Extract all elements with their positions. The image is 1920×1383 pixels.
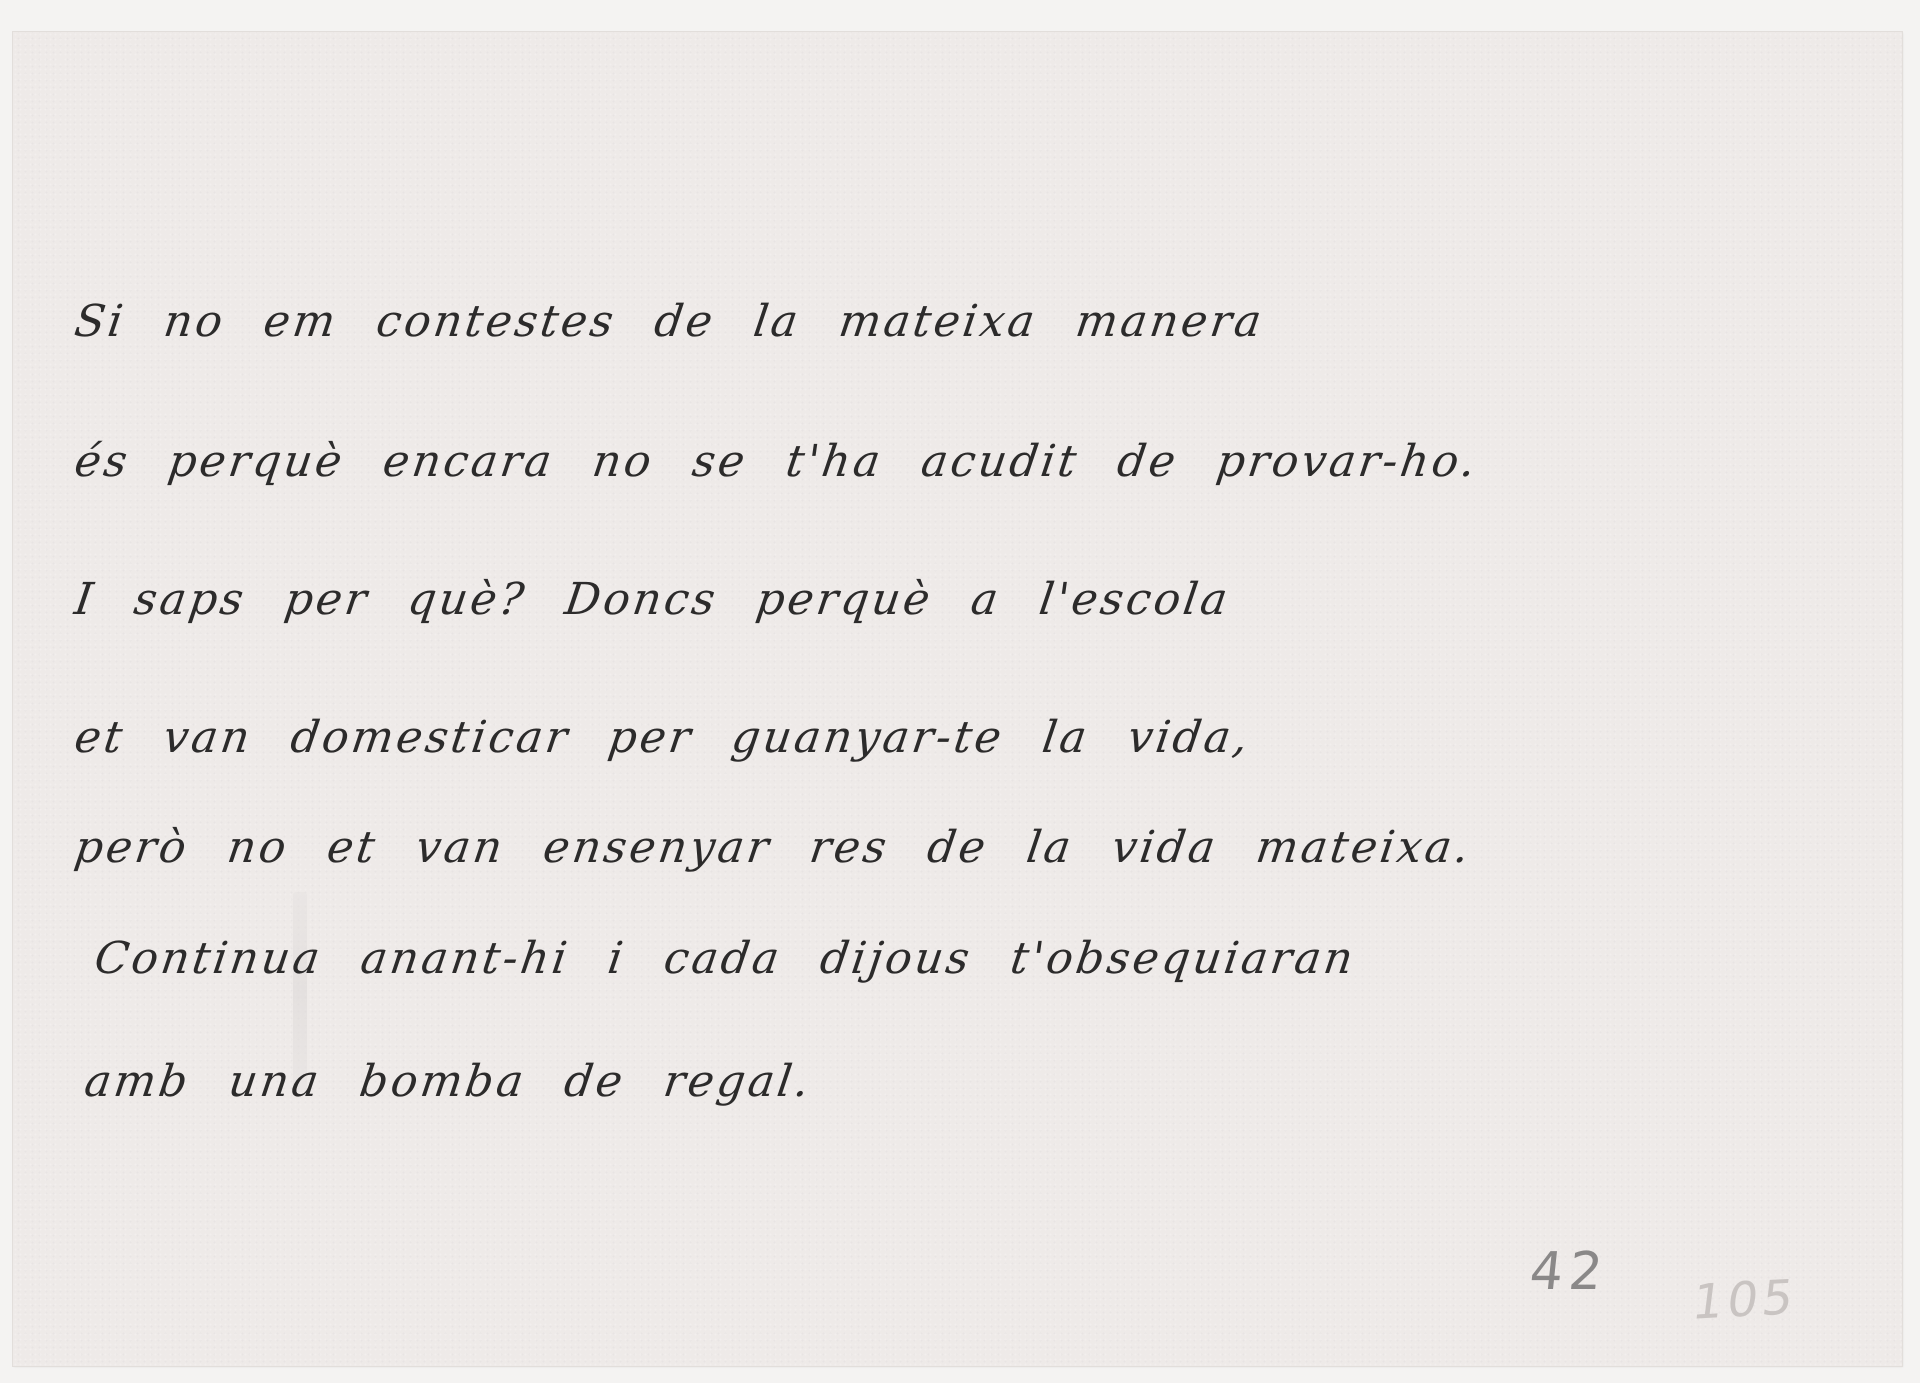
text-line-6: Continua anant-hi i cada dijous t'obsequ… — [92, 937, 1358, 981]
handwritten-card: Si no em contestes de la mateixa manera … — [13, 32, 1902, 1366]
scan-background: Si no em contestes de la mateixa manera … — [0, 0, 1920, 1383]
text-line-5: però no et van ensenyar res de la vida m… — [72, 826, 1474, 870]
page-number: 42 — [1527, 1242, 1611, 1302]
text-line-4: et van domesticar per guanyar-te la vida… — [72, 716, 1254, 760]
faint-page-number: 105 — [1689, 1269, 1800, 1330]
text-line-1: Si no em contestes de la mateixa manera — [72, 300, 1267, 344]
text-line-2: és perquè encara no se t'ha acudit de pr… — [72, 440, 1481, 484]
text-line-3: I saps per què? Doncs perquè a l'escola — [72, 578, 1233, 622]
text-line-7: amb una bomba de regal. — [82, 1060, 815, 1104]
